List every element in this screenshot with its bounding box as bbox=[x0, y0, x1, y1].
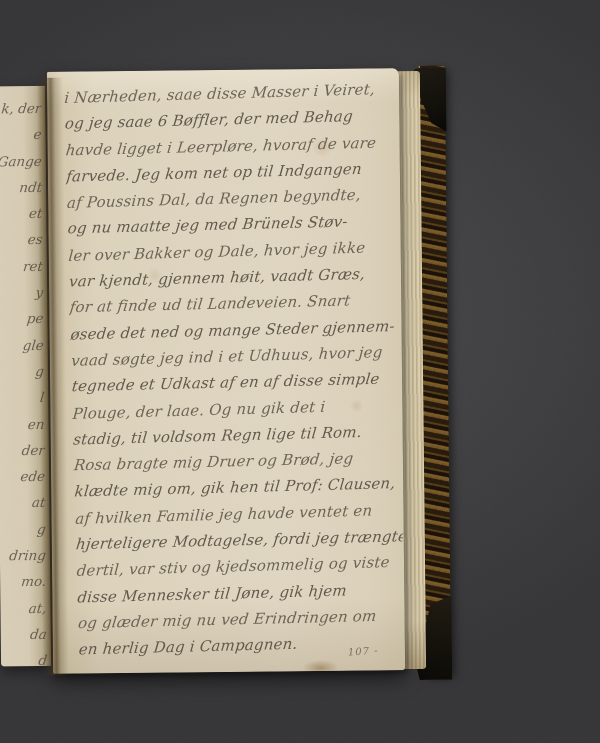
handwritten-line-fragment: y bbox=[0, 280, 45, 307]
handwritten-line-fragment: et bbox=[0, 201, 44, 228]
handwritten-line-fragment: d bbox=[0, 648, 49, 675]
handwritten-line-fragment: es bbox=[0, 227, 44, 254]
handwritten-line-fragment: der bbox=[0, 438, 46, 465]
handwritten-line-fragment: pe bbox=[0, 306, 45, 333]
open-book: k, der e Gange ndt et es ret y pe gle g … bbox=[0, 58, 455, 685]
handwritten-line-fragment: ede bbox=[0, 464, 47, 491]
photo-of-open-journal: k, der e Gange ndt et es ret y pe gle g … bbox=[0, 0, 600, 743]
handwritten-line-fragment: dring bbox=[0, 543, 47, 570]
handwritten-line-fragment: ret bbox=[0, 254, 44, 281]
handwritten-line-fragment: g bbox=[0, 517, 47, 544]
handwritten-line-fragment: mo. bbox=[0, 569, 48, 596]
handwritten-line-fragment: at bbox=[0, 490, 47, 517]
page-number: 107 - bbox=[348, 646, 379, 659]
handwritten-text-block: i Nærheden, saae disse Masser i Veiret, … bbox=[64, 76, 406, 663]
handwritten-line-fragment: en bbox=[0, 411, 46, 438]
handwritten-line-fragment: g bbox=[0, 359, 45, 386]
handwritten-line-fragment: l bbox=[0, 385, 46, 412]
handwritten-line-fragment: da bbox=[0, 622, 48, 649]
journal-page: i Nærheden, saae disse Masser i Veiret, … bbox=[47, 68, 405, 674]
handwritten-line-fragment: at, bbox=[0, 596, 48, 623]
handwritten-line-fragment: gle bbox=[0, 333, 45, 360]
